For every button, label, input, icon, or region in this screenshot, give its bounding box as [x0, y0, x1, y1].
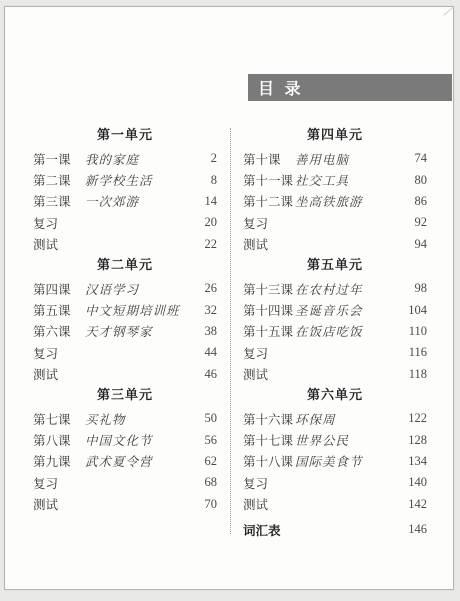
page-number: 110: [409, 324, 427, 339]
page-number: 118: [409, 367, 427, 382]
lesson-label: 测试: [243, 495, 295, 513]
lesson-title: 我的家庭: [85, 150, 211, 168]
toc-row: 复习44: [33, 342, 217, 363]
page-number: 140: [408, 475, 427, 490]
lesson-title: 在农村过年: [295, 280, 415, 298]
toc-row: 第十二课坐高铁旅游86: [243, 191, 427, 212]
toc-row: 测试142: [243, 494, 427, 515]
page-number: 94: [415, 237, 428, 252]
page-number: 2: [211, 151, 217, 166]
lesson-label: 第二课: [33, 171, 85, 189]
toc-row: 第三课一次郊游14: [33, 191, 217, 212]
lesson-label: 第十八课: [243, 452, 295, 470]
lesson-label: 第十一课: [243, 171, 295, 189]
vocabulary-row: 词汇表146: [243, 519, 427, 540]
toc-row: 第七课买礼物50: [33, 408, 217, 429]
lesson-title: 世界公民: [295, 431, 408, 449]
toc-header-bar: 目 录: [248, 74, 452, 101]
lesson-label: 复习: [33, 474, 85, 492]
toc-row: 第五课中文短期培训班32: [33, 299, 217, 320]
toc-row: 复习68: [33, 472, 217, 493]
page-number: 70: [205, 497, 218, 512]
unit-heading: 第二单元: [33, 255, 217, 278]
lesson-label: 测试: [33, 235, 85, 253]
toc-row: 复习140: [243, 472, 427, 493]
toc-row: 第十八课国际美食节134: [243, 451, 427, 472]
lesson-title: 买礼物: [85, 410, 205, 428]
lesson-label: 测试: [243, 235, 295, 253]
page-number: 46: [205, 367, 218, 382]
book-page: 目 录 第一单元第一课我的家庭2第二课新学校生活8第三课一次郊游14复习20测试…: [4, 6, 454, 590]
lesson-title: 中文短期培训班: [85, 301, 205, 319]
lesson-label: 测试: [33, 495, 85, 513]
page-number: 128: [408, 433, 427, 448]
lesson-label: 第八课: [33, 431, 85, 449]
toc-row: 复习92: [243, 212, 427, 233]
toc-row: 第十五课在饭店吃饭110: [243, 321, 427, 342]
lesson-label: 复习: [243, 474, 295, 492]
page-number: 44: [205, 345, 218, 360]
lesson-label: 第四课: [33, 280, 85, 298]
lesson-label: 第五课: [33, 301, 85, 319]
page-number: 20: [205, 215, 218, 230]
lesson-label: 第十五课: [243, 322, 295, 340]
page-number: 22: [205, 237, 218, 252]
lesson-label: 第一课: [33, 150, 85, 168]
toc-row: 复习116: [243, 342, 427, 363]
toc-row: 第十四课圣诞音乐会104: [243, 299, 427, 320]
lesson-label: 词汇表: [243, 521, 289, 539]
toc-row: 测试22: [33, 234, 217, 255]
lesson-title: 圣诞音乐会: [295, 301, 408, 319]
page-number: 14: [205, 194, 218, 209]
page-number: 92: [415, 215, 428, 230]
toc-row: 第一课我的家庭2: [33, 148, 217, 169]
toc-row: 第十课善用电脑74: [243, 148, 427, 169]
unit-block: 第四单元第十课善用电脑74第十一课社交工具80第十二课坐高铁旅游86复习92测试…: [243, 125, 427, 255]
page-number: 26: [205, 281, 218, 296]
toc-row: 第十六课环保周122: [243, 408, 427, 429]
toc-row: 第八课中国文化节56: [33, 429, 217, 450]
toc-row: 第十七课世界公民128: [243, 429, 427, 450]
page-number: 62: [205, 454, 218, 469]
page-number: 38: [205, 324, 218, 339]
page-number: 8: [211, 173, 217, 188]
lesson-label: 第九课: [33, 452, 85, 470]
unit-heading: 第一单元: [33, 125, 217, 148]
page-number: 80: [415, 173, 428, 188]
lesson-title: 一次郊游: [85, 192, 205, 210]
lesson-label: 第六课: [33, 322, 85, 340]
lesson-title: 坐高铁旅游: [295, 192, 415, 210]
toc-row: 测试94: [243, 234, 427, 255]
column-divider: [230, 128, 231, 534]
toc-row: 第九课武术夏令营62: [33, 451, 217, 472]
page-number: 116: [409, 345, 427, 360]
toc-row: 复习20: [33, 212, 217, 233]
lesson-title: 天才钢琴家: [85, 322, 205, 340]
lesson-title: 在饭店吃饭: [295, 322, 409, 340]
toc-row: 第十三课在农村过年98: [243, 278, 427, 299]
toc-row: 第六课天才钢琴家38: [33, 321, 217, 342]
lesson-label: 测试: [33, 365, 85, 383]
unit-block: 第六单元第十六课环保周122第十七课世界公民128第十八课国际美食节134复习1…: [243, 385, 427, 515]
page-number: 142: [408, 497, 427, 512]
lesson-label: 第十课: [243, 150, 295, 168]
page-number: 32: [205, 303, 218, 318]
toc-row: 第二课新学校生活8: [33, 169, 217, 190]
lesson-label: 复习: [243, 214, 295, 232]
lesson-label: 第十三课: [243, 280, 295, 298]
lesson-title: 新学校生活: [85, 171, 211, 189]
lesson-label: 复习: [243, 344, 295, 362]
page-number: 86: [415, 194, 428, 209]
scanned-page-canvas: 目 录 第一单元第一课我的家庭2第二课新学校生活8第三课一次郊游14复习20测试…: [0, 0, 460, 601]
page-number: 56: [205, 433, 218, 448]
lesson-label: 复习: [33, 214, 85, 232]
page-number: 134: [408, 454, 427, 469]
lesson-label: 第十四课: [243, 301, 295, 319]
toc-column-left: 第一单元第一课我的家庭2第二课新学校生活8第三课一次郊游14复习20测试22第二…: [33, 125, 217, 515]
lesson-title: 社交工具: [295, 171, 415, 189]
page-number: 104: [408, 303, 427, 318]
page-number: 50: [205, 411, 218, 426]
lesson-label: 第十七课: [243, 431, 295, 449]
lesson-label: 测试: [243, 365, 295, 383]
page-number: 74: [415, 151, 428, 166]
toc-row: 测试46: [33, 364, 217, 385]
toc-row: 第四课汉语学习26: [33, 278, 217, 299]
lesson-title: 环保周: [295, 410, 408, 428]
toc-title: 目 录: [258, 76, 303, 99]
page-corner-artifact: [443, 6, 460, 26]
unit-heading: 第三单元: [33, 385, 217, 408]
lesson-title: 汉语学习: [85, 280, 205, 298]
unit-heading: 第四单元: [243, 125, 427, 148]
unit-block: 第二单元第四课汉语学习26第五课中文短期培训班32第六课天才钢琴家38复习44测…: [33, 255, 217, 385]
lesson-label: 第十二课: [243, 192, 295, 210]
page-number: 98: [415, 281, 428, 296]
unit-block: 第五单元第十三课在农村过年98第十四课圣诞音乐会104第十五课在饭店吃饭110复…: [243, 255, 427, 385]
unit-block: 第三单元第七课买礼物50第八课中国文化节56第九课武术夏令营62复习68测试70: [33, 385, 217, 515]
page-number: 146: [408, 522, 427, 537]
lesson-label: 第十六课: [243, 410, 295, 428]
lesson-label: 复习: [33, 344, 85, 362]
lesson-title: 中国文化节: [85, 431, 205, 449]
lesson-title: 武术夏令营: [85, 452, 205, 470]
unit-block: 第一单元第一课我的家庭2第二课新学校生活8第三课一次郊游14复习20测试22: [33, 125, 217, 255]
page-number: 122: [408, 411, 427, 426]
page-number: 68: [205, 475, 218, 490]
lesson-label: 第七课: [33, 410, 85, 428]
lesson-title: 善用电脑: [295, 150, 415, 168]
toc-row: 测试118: [243, 364, 427, 385]
unit-heading: 第五单元: [243, 255, 427, 278]
toc-column-right: 第四单元第十课善用电脑74第十一课社交工具80第十二课坐高铁旅游86复习92测试…: [243, 125, 427, 540]
lesson-label: 第三课: [33, 192, 85, 210]
toc-row: 测试70: [33, 494, 217, 515]
lesson-title: 国际美食节: [295, 452, 408, 470]
unit-heading: 第六单元: [243, 385, 427, 408]
toc-row: 第十一课社交工具80: [243, 169, 427, 190]
